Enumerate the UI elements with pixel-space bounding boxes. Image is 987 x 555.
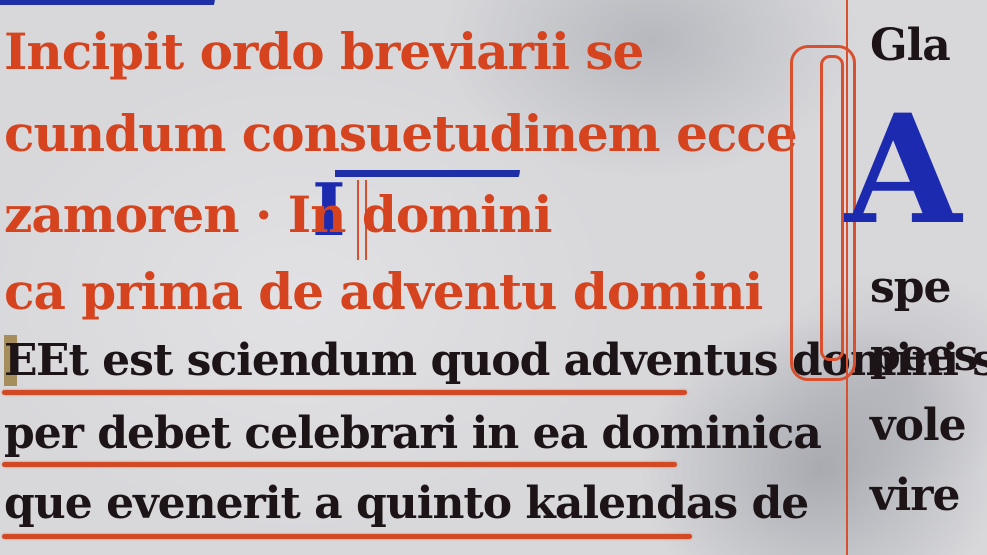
red-ruling-line	[2, 534, 692, 539]
right-column-top-word: Gla	[870, 20, 950, 71]
red-ruling-line	[2, 462, 677, 467]
rubric-line-2: cundum consuetudinem ecce	[4, 104, 797, 163]
right-column-line-2: pees	[870, 330, 978, 381]
text-line-3: que evenerit a quinto kalendas de	[4, 478, 808, 529]
rubric-line-3-text: zamoren · In domini	[4, 185, 551, 244]
rubric-line-1: Incipit ordo breviarii se	[4, 22, 643, 81]
text-initial: E	[4, 335, 37, 386]
manuscript-page: Incipit ordo breviarii se cundum consuet…	[0, 0, 987, 555]
rubric-line-3: zamoren · In domini	[4, 185, 551, 244]
rubric-line-4: ca prima de adventu domini	[4, 262, 762, 321]
blue-pen-flourish-top	[0, 0, 215, 21]
text-line-1: E	[4, 335, 37, 386]
right-column-line-3: vole	[870, 400, 966, 451]
right-column-line-4: vire	[870, 470, 959, 521]
red-ruling-line	[2, 390, 687, 395]
blue-initial-right: A	[845, 90, 961, 250]
text-line-2: per debet celebrari in ea dominica	[4, 408, 821, 459]
red-penwork-flourish-inner	[820, 55, 844, 361]
right-column-line-1: spe	[870, 262, 951, 313]
